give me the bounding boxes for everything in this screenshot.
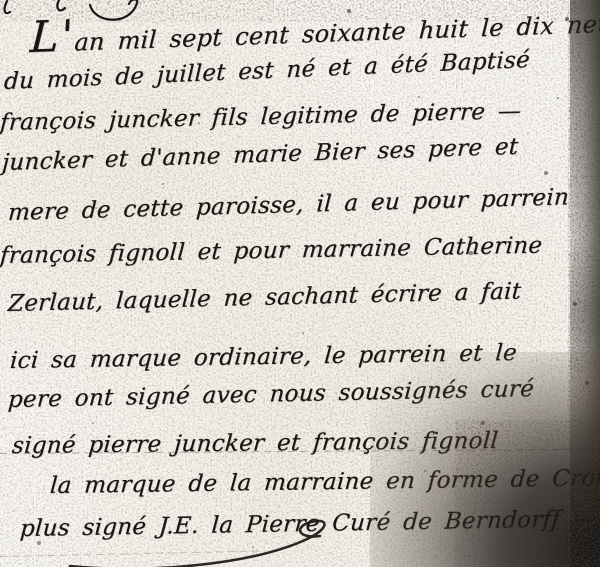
manuscript-line-6: françois fignoll et pour marraine Cather… xyxy=(0,230,543,272)
manuscript-scan: L'an mil sept cent soixante huit le dix … xyxy=(0,0,600,567)
manuscript-line-4: juncker et d'anne marie Bier ses pere et xyxy=(1,131,519,179)
manuscript-line-5: mere de cette paroisse, il a eu pour par… xyxy=(7,181,570,229)
manuscript-line-7: Zerlaut, laquelle ne sachant écrire a fa… xyxy=(7,275,522,320)
ink-speckles xyxy=(0,0,2,2)
scan-corner-shadow xyxy=(370,352,600,567)
